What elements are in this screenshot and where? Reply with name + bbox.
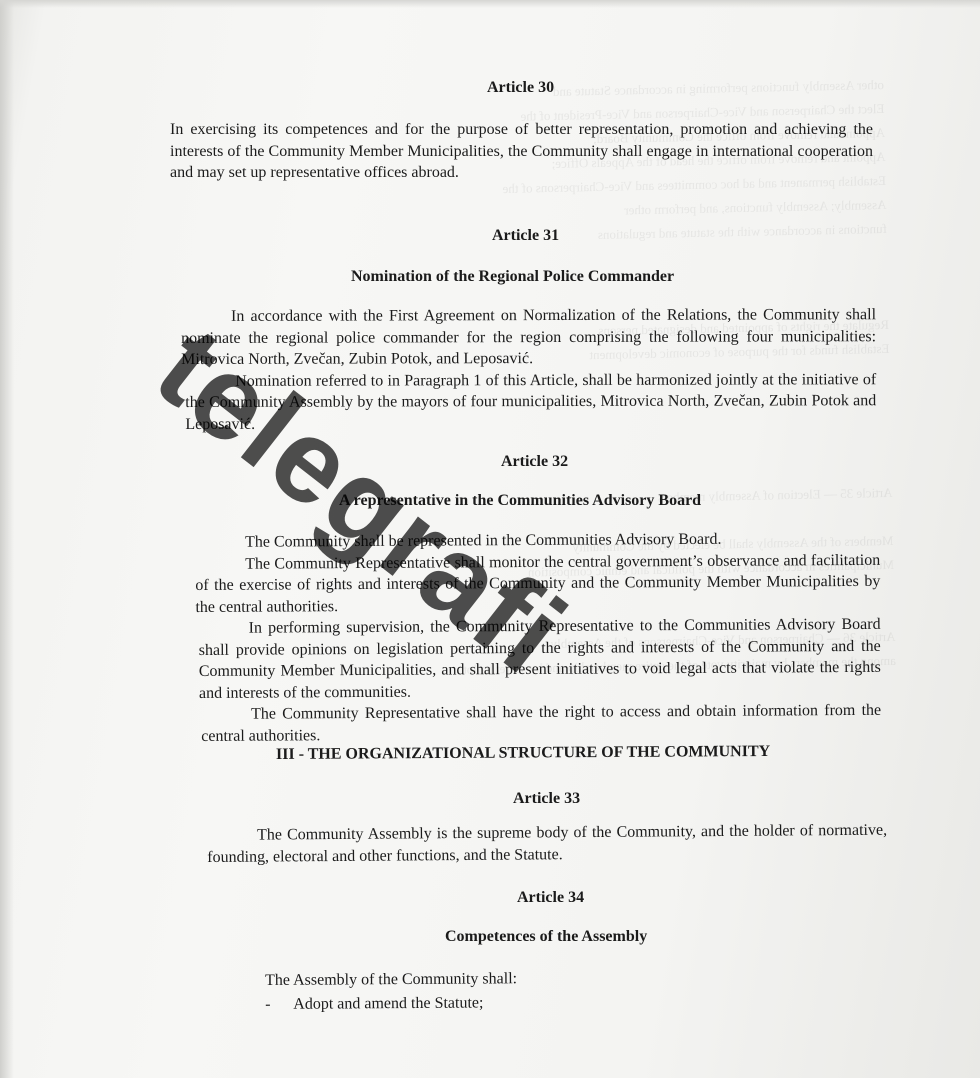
article-34-item-1: Adopt and amend the Statute; <box>293 994 483 1012</box>
article-32-heading: Article 32 <box>501 453 568 471</box>
article-33-text: The Community Assembly is the supreme bo… <box>207 820 887 868</box>
article-30-text: In exercising its competences and for th… <box>170 119 873 184</box>
document-page: Article 30 In exercising its competences… <box>0 0 980 1078</box>
section-3-heading: III - THE ORGANIZATIONAL STRUCTURE OF TH… <box>276 743 770 764</box>
article-34-intro: The Assembly of the Community shall: <box>265 966 865 992</box>
article-31-title: Nomination of the Regional Police Comman… <box>351 268 674 286</box>
article-34-heading: Article 34 <box>517 889 584 907</box>
article-31-heading: Article 31 <box>492 227 559 245</box>
article-33-heading: Article 33 <box>513 790 580 808</box>
article-30-heading: Article 30 <box>487 79 554 97</box>
article-34-text: The Assembly of the Community shall: -Ad… <box>265 966 865 1015</box>
list-bullet: - <box>265 993 293 1015</box>
article-32-paragraph-4: The Community Representative shall have … <box>201 700 881 747</box>
article-30-paragraph: In exercising its competences and for th… <box>170 119 873 184</box>
article-34-title: Competences of the Assembly <box>445 928 647 946</box>
article-33-paragraph: The Community Assembly is the supreme bo… <box>207 820 887 868</box>
article-34-list-item: -Adopt and amend the Statute; <box>265 989 865 1015</box>
